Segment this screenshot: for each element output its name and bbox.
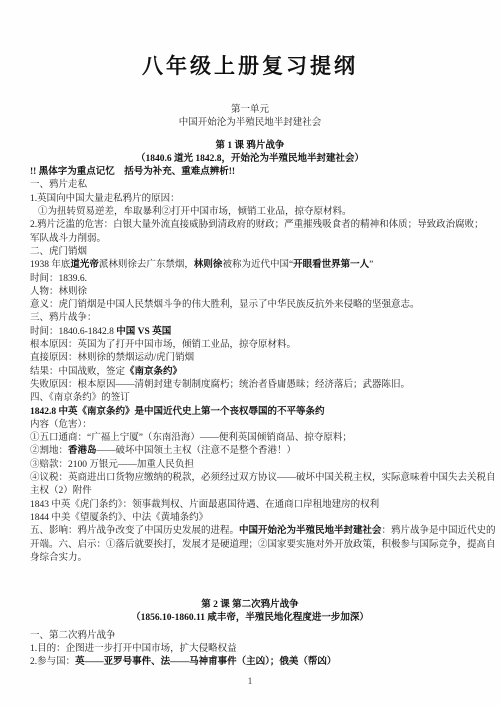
text-segment: 中国 VS 英国 bbox=[116, 327, 171, 337]
text-segment: ①五口通商：“广福上宁厦”（东南沿海）——便利英国倾销商品、掠夺原料； bbox=[30, 433, 352, 443]
text-line: 中国开始沦为半殖民地半封建社会 bbox=[30, 117, 470, 130]
text-segment: 直接原因：林则徐的禁烟运动/虎门销烟 bbox=[30, 353, 194, 363]
text-segment: 1.英国向中国大量走私鸦片的原因： bbox=[30, 194, 180, 204]
text-line: 1843 中英《虎门条约》：领事裁判权、片面最惠国待遇、在通商口岸租地建房的权利 bbox=[30, 499, 470, 512]
text-segment: 第一单元 bbox=[231, 105, 269, 115]
text-segment: ③赔款：2100 万银元——加重人民负担 bbox=[30, 460, 194, 470]
text-segment: ②割地： bbox=[30, 446, 68, 456]
text-line: 1844 中美《望厦条约》、中法《黄埔条约》 bbox=[30, 512, 470, 525]
text-line: 军队战斗力削弱。 bbox=[30, 233, 470, 246]
text-segment: 根本原因：英国为了打开中国市场，倾销工业品，掠夺原材料。 bbox=[30, 340, 296, 350]
text-segment: 第 1 课 鸦片战争 bbox=[216, 141, 285, 151]
text-line: 人物：林则徐 bbox=[30, 286, 470, 299]
text-line: 直接原因：林则徐的禁烟运动/虎门销烟 bbox=[30, 352, 470, 365]
text-line: 1938 年底道光帝派林则徐去广东禁烟，林则徐被称为近代中国“开眼看世界第一人” bbox=[30, 259, 470, 272]
text-line: 第 2 课 第二次鸦片战争 bbox=[30, 599, 470, 612]
text-segment: 香港岛 bbox=[68, 446, 97, 456]
text-line: （1840.6 道光 1842.8，开始沦为半殖民地半封建社会） bbox=[30, 153, 470, 166]
text-line: ③赔款：2100 万银元——加重人民负担 bbox=[30, 459, 470, 472]
text-segment: 二、虎门销烟 bbox=[30, 247, 87, 257]
text-segment: 1843 中英《虎门条约》：领事裁判权、片面最惠国待遇、在通商口岸租地建房的权利 bbox=[30, 500, 379, 510]
text-line: !! 黑体字为重点记忆 括号为补充、重难点辨析!! bbox=[30, 166, 470, 179]
text-segment: 身综合实力。 bbox=[30, 553, 87, 563]
text-line: 时间：1840.6-1842.8 中国 VS 英国 bbox=[30, 326, 470, 339]
text-segment: ①为扭转贸易逆差，牟取暴利②打开中国市场，倾销工业品，掠夺原材料。 bbox=[38, 207, 352, 217]
document-body: 第一单元中国开始沦为半殖民地半封建社会第 1 课 鸦片战争（1840.6 道光 … bbox=[30, 104, 470, 670]
text-line: 2.鸦片泛滥的危害：白银大量外流直接威胁到清政府的财政；严重摧残吸食者的精神和体… bbox=[30, 219, 470, 232]
text-segment: 林则徐 bbox=[194, 260, 223, 270]
text-segment: 中国开始沦为半殖民地半封建社会 bbox=[179, 118, 322, 128]
text-line: （1856.10-1860.11 咸丰帝，半殖民地化程度进一步加深） bbox=[30, 612, 470, 625]
text-segment: 一、鸦片走私 bbox=[30, 180, 87, 190]
text-line: 内容（危害）： bbox=[30, 419, 470, 432]
text-line: 失败原因：根本原因——清朝封建专制制度腐朽；统治者昏庸愚昧；经济落后；武器陈旧。 bbox=[30, 379, 470, 392]
text-line: 1842.8 中英《南京条约》是中国近代史上第一个丧权辱国的不平等条约 bbox=[30, 406, 470, 419]
text-segment: 意义：虎门销烟是中国人民禁烟斗争的伟大胜利，显示了中华民族反抗外来侵略的坚强意志… bbox=[30, 300, 420, 310]
text-segment: 《南京条约》 bbox=[125, 367, 182, 377]
text-segment: ④议税：英商进出口货物应缴纳的税款，必须经过双方协议——破坏中国关税主权，实际意… bbox=[30, 473, 496, 483]
text-segment: 一、第二次鸦片战争 bbox=[30, 631, 116, 641]
text-segment: （1856.10-1860.11 咸丰帝，半殖民地化程度进一步加深） bbox=[131, 613, 369, 623]
text-line: 二、虎门销烟 bbox=[30, 246, 470, 259]
text-segment: 中国开始沦为半殖民地半封建社会 bbox=[239, 526, 382, 536]
document-title: 八年级上册复习提纲 bbox=[30, 50, 470, 80]
text-line: ①五口通商：“广福上宁厦”（东南沿海）——便利英国倾销商品、掠夺原料； bbox=[30, 432, 470, 445]
text-segment: 1842.8 中英《南京条约》是中国近代史上第一个丧权辱国的不平等条约 bbox=[30, 407, 325, 417]
text-segment: 2.参与国： bbox=[30, 657, 75, 667]
text-segment: 失败原因：根本原因——清朝封建专制制度腐朽；统治者昏庸愚昧；经济落后；武器陈旧。 bbox=[30, 380, 410, 390]
document-page: 八年级上册复习提纲 第一单元中国开始沦为半殖民地半封建社会第 1 课 鸦片战争（… bbox=[0, 0, 500, 707]
text-line: 五、影响：鸦片战争改变了中国历史发展的进程。中国开始沦为半殖民地半封建社会：鸦片… bbox=[30, 525, 470, 538]
text-segment: （1840.6 道光 1842.8，开始沦为半殖民地半封建社会） bbox=[136, 154, 364, 164]
text-line: 三、鸦片战争： bbox=[30, 312, 470, 325]
text-segment: 第 2 课 第二次鸦片战争 bbox=[201, 600, 298, 610]
text-line: 2.参与国：英——亚罗号事件、法——马神甫事件（主凶）；俄美（帮凶） bbox=[30, 656, 470, 669]
text-segment: 主权（2）附件 bbox=[30, 486, 92, 496]
text-line: 身综合实力。 bbox=[30, 552, 470, 565]
text-segment: ” bbox=[369, 260, 373, 270]
text-segment: 人物：林则徐 bbox=[30, 287, 87, 297]
text-line: ②割地：香港岛——破坏中国领土主权（注意不是整个香港！） bbox=[30, 445, 470, 458]
text-segment: 1844 中美《望厦条约》、中法《黄埔条约》 bbox=[30, 513, 208, 523]
text-line: 四、《南京条约》的签订 bbox=[30, 392, 470, 405]
text-segment: 开端。六、启示：①落后就要挨打，发展才是硬道理；②国家要实施对外开放政策，积极参… bbox=[30, 540, 496, 550]
text-line: 意义：虎门销烟是中国人民禁烟斗争的伟大胜利，显示了中华民族反抗外来侵略的坚强意志… bbox=[30, 299, 470, 312]
text-segment: 1.目的：企图进一步打开中国市场，扩大侵略权益 bbox=[30, 644, 237, 654]
text-segment: 英——亚罗号事件、法——马神甫事件（主凶）；俄美（帮凶） bbox=[75, 657, 336, 667]
text-segment: 1938 年底 bbox=[30, 260, 70, 270]
text-line: ①为扭转贸易逆差，牟取暴利②打开中国市场，倾销工业品，掠夺原材料。 bbox=[30, 206, 470, 219]
text-segment: 时间：1840.6-1842.8 bbox=[30, 327, 116, 337]
text-line: 结果：中国战败，签定《南京条约》 bbox=[30, 366, 470, 379]
text-line: 主权（2）附件 bbox=[30, 485, 470, 498]
text-segment: 结果：中国战败，签定 bbox=[30, 367, 125, 377]
text-segment: 时间：1839.6. bbox=[30, 274, 87, 284]
text-line: 一、鸦片走私 bbox=[30, 179, 470, 192]
text-line: 第一单元 bbox=[30, 104, 470, 117]
text-segment: 军队战斗力削弱。 bbox=[30, 234, 106, 244]
text-segment: ——破坏中国领土主权（注意不是整个香港！） bbox=[97, 446, 297, 456]
text-segment: 四、《南京条约》的签订 bbox=[30, 393, 130, 403]
text-line: 一、第二次鸦片战争 bbox=[30, 630, 470, 643]
text-line: 根本原因：英国为了打开中国市场，倾销工业品，掠夺原材料。 bbox=[30, 339, 470, 352]
text-line: 时间：1839.6. bbox=[30, 273, 470, 286]
text-segment: !! 黑体字为重点记忆 括号为补充、重难点辨析!! bbox=[30, 167, 235, 177]
text-line: 1.目的：企图进一步打开中国市场，扩大侵略权益 bbox=[30, 643, 470, 656]
text-segment: ：鸦片战争是中国近代史的 bbox=[382, 526, 496, 536]
text-segment: 道光帝 bbox=[70, 260, 99, 270]
text-segment: 三、鸦片战争： bbox=[30, 313, 97, 323]
text-line: 1.英国向中国大量走私鸦片的原因： bbox=[30, 193, 470, 206]
page-number: 1 bbox=[30, 676, 470, 686]
text-line: 第 1 课 鸦片战争 bbox=[30, 140, 470, 153]
text-segment: 派林则徐去广东禁烟， bbox=[99, 260, 194, 270]
text-segment: 五、影响：鸦片战争改变了中国历史发展的进程。 bbox=[30, 526, 239, 536]
text-segment: 2.鸦片泛滥的危害：白银大量外流直接威胁到清政府的财政；严重摧残吸食者的精神和体… bbox=[30, 220, 484, 230]
text-line: ④议税：英商进出口货物应缴纳的税款，必须经过双方协议——破坏中国关税主权，实际意… bbox=[30, 472, 470, 485]
text-segment: 内容（危害）： bbox=[30, 420, 92, 430]
text-segment: 开眼看世界第一人 bbox=[293, 260, 369, 270]
text-line: 开端。六、启示：①落后就要挨打，发展才是硬道理；②国家要实施对外开放政策，积极参… bbox=[30, 539, 470, 552]
text-segment: 被称为近代中国“ bbox=[222, 260, 293, 270]
